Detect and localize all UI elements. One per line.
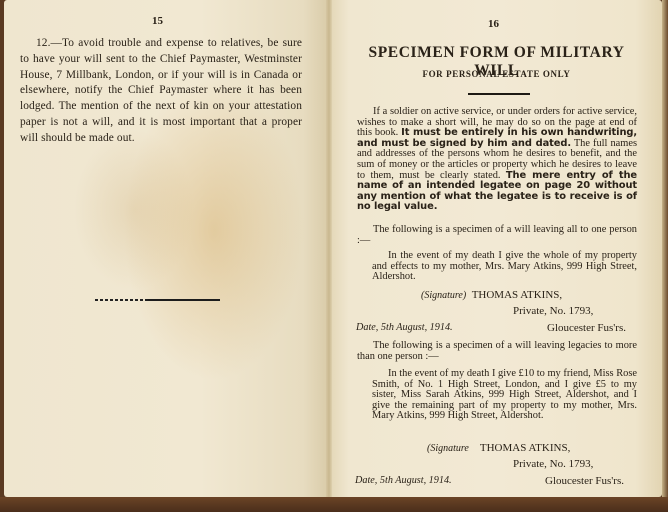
specimen-1-heading-text: The following is a specimen of a will le… [357, 224, 637, 246]
page-edge [662, 0, 668, 497]
signature-label: (Signature) [421, 290, 466, 301]
specimen-2-regiment: Gloucester Fus'rs. [545, 475, 624, 487]
signature-label: (Signature [427, 443, 469, 454]
specimen-2-heading-text: The following is a specimen of a will le… [357, 340, 637, 362]
specimen-2-body: In the event of my death I give £10 to m… [372, 369, 637, 422]
specimen-1-signature: (Signature) THOMAS ATKINS, [421, 289, 562, 301]
specimen-1-heading: The following is a specimen of a will le… [357, 225, 637, 246]
specimen-1-rank: Private, No. 1793, [513, 305, 593, 317]
section-divider [95, 299, 220, 301]
book-gutter [326, 0, 332, 497]
book-cover-edge [0, 497, 668, 512]
specimen-2-rank: Private, No. 1793, [513, 458, 593, 470]
left-page-number: 15 [152, 15, 163, 27]
specimen-1-regiment: Gloucester Fus'rs. [547, 322, 626, 334]
title-divider [468, 93, 530, 95]
specimen-2-body-text: In the event of my death I give £10 to m… [372, 368, 637, 421]
page-subtitle: FOR PERSONAL ESTATE ONLY [355, 69, 638, 79]
specimen-1-body-text: In the event of my death I give the whol… [372, 250, 637, 282]
signature-name: THOMAS ATKINS, [472, 289, 562, 301]
left-page-paragraph: 12.—To avoid trouble and expense to rela… [20, 36, 302, 147]
signature-name: THOMAS ATKINS, [480, 442, 570, 454]
specimen-2-signature: (Signature THOMAS ATKINS, [427, 442, 570, 454]
specimen-2-heading: The following is a specimen of a will le… [357, 341, 637, 362]
intro-paragraph: If a soldier on active service, or under… [357, 107, 637, 213]
specimen-1-date: Date, 5th August, 1914. [356, 322, 453, 333]
right-page-number: 16 [488, 18, 499, 30]
specimen-2-date: Date, 5th August, 1914. [355, 475, 452, 486]
specimen-1-body: In the event of my death I give the whol… [372, 251, 637, 283]
